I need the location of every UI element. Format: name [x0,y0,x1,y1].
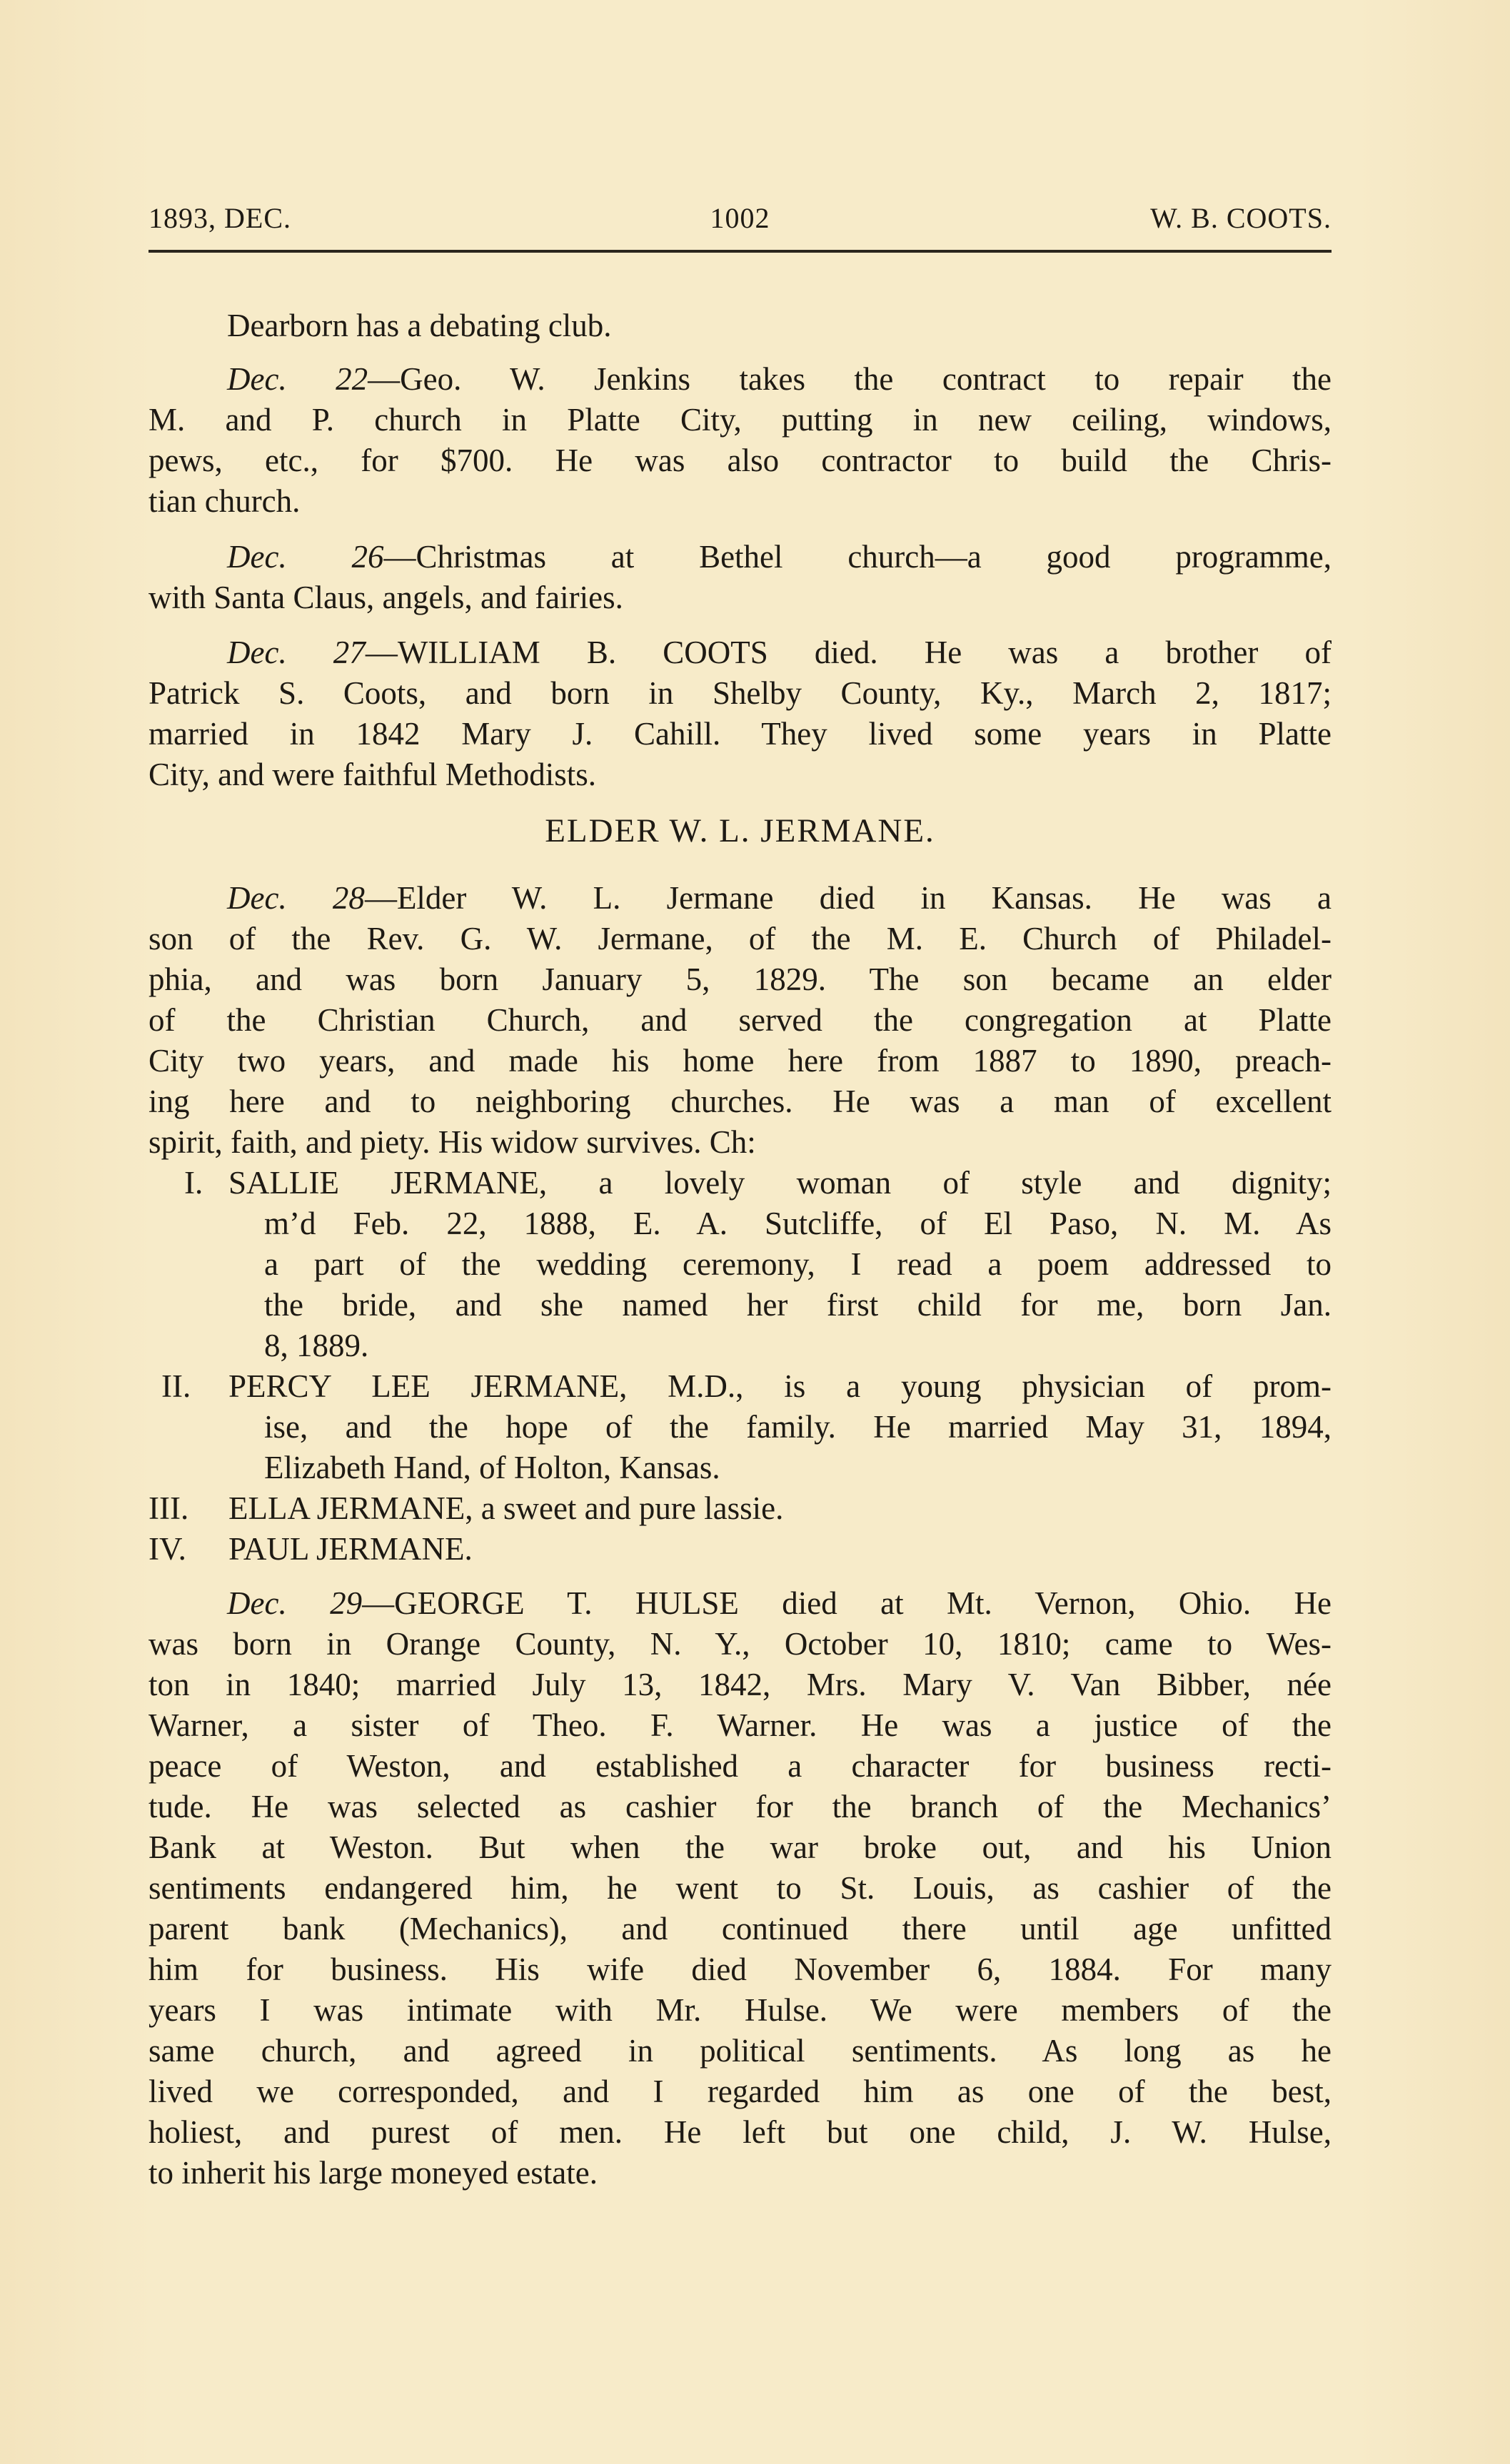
text-line: Dearborn has a debating club. [227,306,1332,346]
entry-date: Dec. 27 [227,635,366,670]
child-line: Elizabeth Hand, of Holton, Kansas. [264,1448,1332,1488]
text-line: M. and P. church in Platte City, putting… [149,400,1332,440]
child-line: PAUL JERMANE. [228,1529,1332,1570]
section-heading: ELDER W. L. JERMANE. [149,811,1332,852]
text-line: ton in 1840; married July 13, 1842, Mrs.… [149,1665,1332,1705]
child-line: SALLIE JERMANE, a lovely woman of style … [228,1163,1332,1203]
running-header: 1893, DEC. 1002 W. B. COOTS. [149,201,1332,244]
child-line: ise, and the hope of the family. He marr… [264,1407,1332,1448]
text-line: Patrick S. Coots, and born in Shelby Cou… [149,673,1332,714]
entry-dec-26: Dec. 26—Christmas at Bethel church—a goo… [227,537,1332,577]
text-line: City two years, and made his home here f… [149,1041,1332,1081]
entry-dec-28: Dec. 28—Elder W. L. Jermane died in Kans… [227,878,1332,919]
header-date: 1893, DEC. [149,201,291,235]
text-line: lived we corresponded, and I regarded hi… [149,2071,1332,2112]
page-number: 1002 [710,201,770,235]
text-line: years I was intimate with Mr. Hulse. We … [149,1990,1332,2031]
text-line: son of the Rev. G. W. Jermane, of the M.… [149,919,1332,959]
entry-date: Dec. 26 [227,539,384,575]
text-line: him for business. His wife died November… [149,1949,1332,1990]
entry-dec-27: Dec. 27—WILLIAM B. COOTS died. He was a … [227,632,1332,673]
text-line: tude. He was selected as cashier for the… [149,1787,1332,1827]
child-line: m’d Feb. 22, 1888, E. A. Sutcliffe, of E… [264,1203,1332,1244]
text-line: pews, etc., for $700. He was also contra… [149,440,1332,481]
text-line: holiest, and purest of men. He left but … [149,2112,1332,2153]
text-line: sentiments endangered him, he went to St… [149,1868,1332,1909]
child-numeral: I. [184,1163,203,1203]
text-line: Bank at Weston. But when the war broke o… [149,1827,1332,1868]
child-line: a part of the wedding ceremony, I read a… [264,1244,1332,1285]
child-line: the bride, and she named her first child… [264,1285,1332,1326]
text-line: to inherit his large moneyed estate. [149,2153,1332,2193]
child-numeral: III. [149,1488,188,1529]
entry-date: Dec. 22 [227,361,368,397]
text-line: with Santa Claus, angels, and fairies. [149,577,1332,618]
child-line: 8, 1889. [264,1326,1332,1366]
text-line: parent bank (Mechanics), and continued t… [149,1909,1332,1949]
text-line: spirit, faith, and piety. His widow surv… [149,1122,1332,1163]
text-line: tian church. [149,481,1332,522]
child-numeral: II. [161,1366,191,1407]
child-line: PERCY LEE JERMANE, M.D., is a young phys… [228,1366,1332,1407]
entry-date: Dec. 28 [227,880,365,916]
text-line: phia, and was born January 5, 1829. The … [149,959,1332,1000]
header-subject: W. B. COOTS. [1150,201,1332,235]
child-line: ELLA JERMANE, a sweet and pure lassie. [228,1488,1332,1529]
entry-date: Dec. 29 [227,1585,362,1621]
text-line: peace of Weston, and established a chara… [149,1746,1332,1787]
text-line: of the Christian Church, and served the … [149,1000,1332,1041]
text-line: ing here and to neighboring churches. He… [149,1081,1332,1122]
text-line: Warner, a sister of Theo. F. Warner. He … [149,1705,1332,1746]
header-rule [149,250,1332,253]
text-line: same church, and agreed in political sen… [149,2031,1332,2071]
text-line: City, and were faithful Methodists. [149,754,1332,795]
child-numeral: IV. [149,1529,186,1570]
entry-dec-22: Dec. 22—Geo. W. Jenkins takes the contra… [227,359,1332,400]
text-line: married in 1842 Mary J. Cahill. They liv… [149,714,1332,754]
text-line: was born in Orange County, N. Y., Octobe… [149,1624,1332,1665]
entry-dec-29: Dec. 29—GEORGE T. HULSE died at Mt. Vern… [227,1583,1332,1624]
